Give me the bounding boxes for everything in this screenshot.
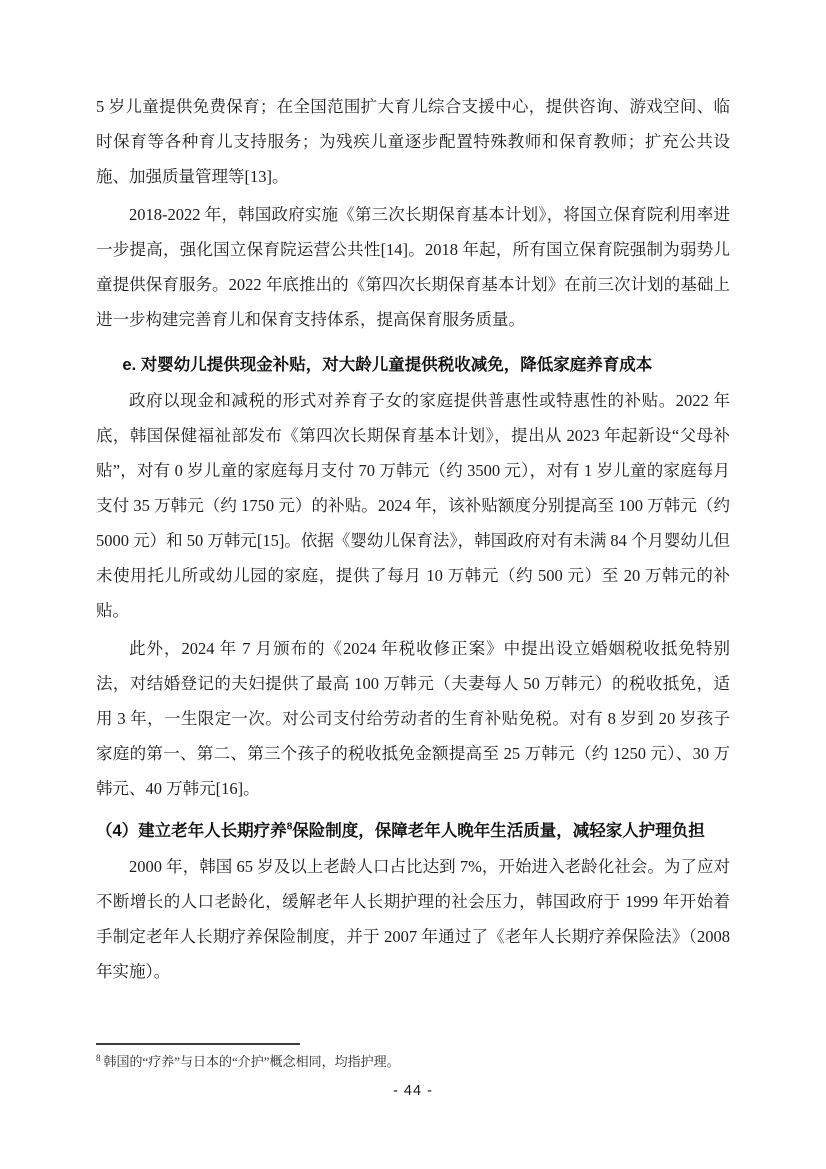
heading-cash-subsidy: e. 对婴幼儿提供现金补贴，对大龄儿童提供税收减免，降低家庭养育成本 xyxy=(96,348,730,383)
document-page: 5 岁儿童提供免费保育；在全国范围扩大育儿综合支援中心，提供咨询、游戏空间、临时… xyxy=(0,0,826,1169)
heading-longterm-care-prefix: （4）建立老年人长期疗养 xyxy=(96,822,287,840)
heading-longterm-care-suffix: 保险制度，保障老年人晚年生活质量，减轻家人护理负担 xyxy=(292,822,705,840)
footnote-marker: 8 xyxy=(96,1053,101,1063)
heading-longterm-care: （4）建立老年人长期疗养8保险制度，保障老年人晚年生活质量，减轻家人护理负担 xyxy=(96,814,730,849)
footnote-8: 8韩国的“疗养”与日本的“介护”概念相同，均指护理。 xyxy=(96,1052,730,1071)
footnote-area: 8韩国的“疗养”与日本的“介护”概念相同，均指护理。 xyxy=(96,1043,730,1071)
paragraph-basic-plans: 2018-2022 年，韩国政府实施《第三次长期保育基本计划》，将国立保育院利用… xyxy=(96,197,730,337)
footnote-separator xyxy=(96,1043,300,1045)
paragraph-care-services: 5 岁儿童提供免费保育；在全国范围扩大育儿综合支援中心，提供咨询、游戏空间、临时… xyxy=(96,89,730,194)
footnote-text: 韩国的“疗养”与日本的“介护”概念相同，均指护理。 xyxy=(104,1054,400,1069)
paragraph-tax-credit: 此外，2024 年 7 月颁布的《2024 年税收修正案》中提出设立婚姻税收抵免… xyxy=(96,631,730,806)
paragraph-parent-subsidy: 政府以现金和减税的形式对养育子女的家庭提供普惠性或特惠性的补贴。2022 年底，… xyxy=(96,383,730,628)
page-body: 5 岁儿童提供免费保育；在全国范围扩大育儿综合支援中心，提供咨询、游戏空间、临时… xyxy=(96,89,730,989)
page-number: - 44 - xyxy=(0,1081,826,1101)
paragraph-aging-society: 2000 年，韩国 65 岁及以上老龄人口占比达到 7%，开始进入老龄化社会。为… xyxy=(96,849,730,989)
